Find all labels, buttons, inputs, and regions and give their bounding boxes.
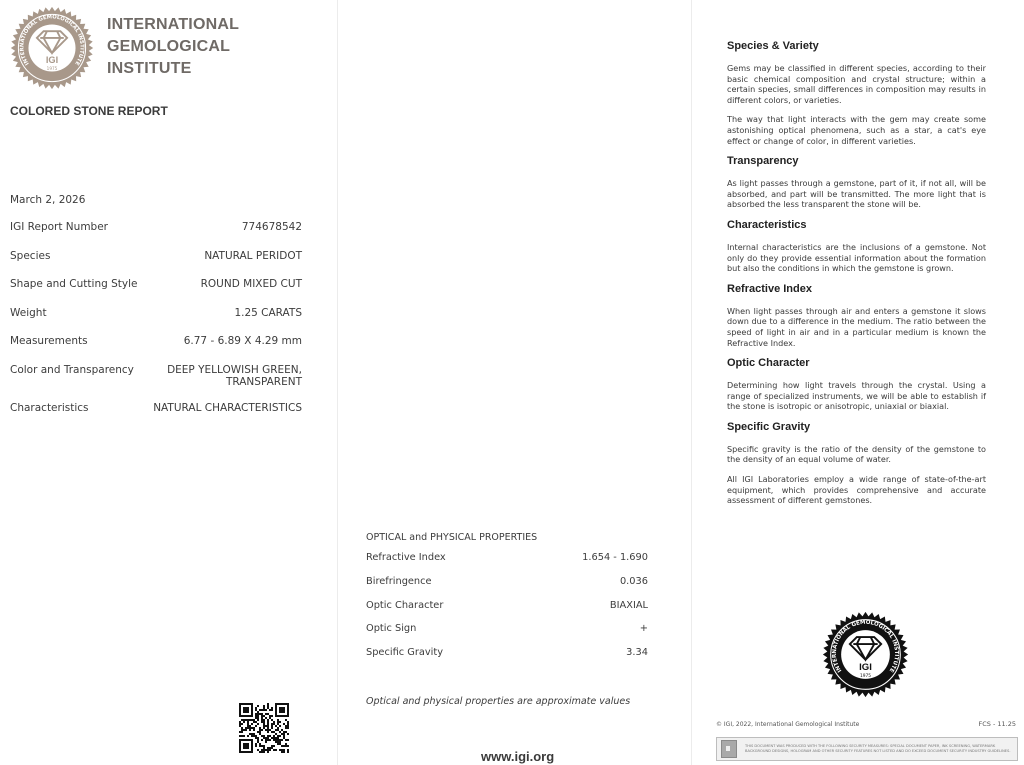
property-row: Refractive Index1.654 - 1.690	[366, 552, 648, 576]
detail-value: NATURAL CHARACTERISTICS	[153, 402, 302, 414]
info-section-title: Characteristics	[727, 219, 986, 231]
qr-code-icon[interactable]	[239, 703, 289, 753]
properties-title: OPTICAL and PHYSICAL PROPERTIES	[366, 532, 648, 543]
detail-value: DEEP YELLOWISH GREEN, TRANSPARENT	[167, 364, 302, 388]
info-section-text: Determining how light travels through th…	[727, 380, 986, 412]
info-section: Optic CharacterDetermining how light tra…	[727, 357, 986, 412]
info-section-text: Specific gravity is the ratio of the den…	[727, 444, 986, 465]
property-label: Birefringence	[366, 576, 432, 600]
property-label: Optic Character	[366, 600, 443, 624]
detail-label: Weight	[10, 307, 47, 319]
detail-value: NATURAL PERIDOT	[204, 250, 302, 262]
property-value: 1.654 - 1.690	[582, 552, 648, 576]
info-section-title: Optic Character	[727, 357, 986, 369]
brand-line-1: INTERNATIONAL	[107, 14, 239, 36]
form-code: FCS - 11.25	[979, 720, 1017, 728]
detail-label: Measurements	[10, 335, 88, 347]
report-details: IGI Report Number774678542SpeciesNATURAL…	[10, 221, 302, 431]
info-section-text: The way that light interacts with the ge…	[727, 114, 986, 146]
brand-name: INTERNATIONAL GEMOLOGICAL INSTITUTE	[107, 14, 239, 80]
detail-label: Color and Transparency	[10, 364, 134, 376]
svg-text:IGI: IGI	[859, 662, 872, 673]
detail-value: ROUND MIXED CUT	[201, 278, 302, 290]
detail-row: SpeciesNATURAL PERIDOT	[10, 250, 302, 279]
svg-text:IGI: IGI	[46, 55, 58, 65]
svg-text:1975: 1975	[860, 673, 871, 679]
detail-row: Measurements6.77 - 6.89 X 4.29 mm	[10, 335, 302, 364]
info-section: CharacteristicsInternal characteristics …	[727, 219, 986, 274]
detail-value: 6.77 - 6.89 X 4.29 mm	[184, 335, 302, 347]
detail-value: 1.25 CARATS	[234, 307, 302, 319]
detail-label: Characteristics	[10, 402, 89, 414]
property-label: Specific Gravity	[366, 647, 443, 671]
detail-row: Color and TransparencyDEEP YELLOWISH GRE…	[10, 364, 302, 402]
property-row: Optic Sign+	[366, 623, 648, 647]
detail-row: Shape and Cutting StyleROUND MIXED CUT	[10, 278, 302, 307]
info-section: Specific GravitySpecific gravity is the …	[727, 421, 986, 506]
info-section: TransparencyAs light passes through a ge…	[727, 155, 986, 210]
report-date: March 2, 2026	[10, 194, 85, 206]
info-section: Species & VarietyGems may be classified …	[727, 40, 986, 146]
property-label: Optic Sign	[366, 623, 416, 647]
detail-value: 774678542	[242, 221, 302, 233]
property-value: 3.34	[626, 647, 648, 671]
property-row: Birefringence0.036	[366, 576, 648, 600]
security-notice: THIS DOCUMENT WAS PRODUCED WITH THE FOLL…	[716, 737, 1018, 761]
optical-physical-properties: OPTICAL and PHYSICAL PROPERTIES Refracti…	[366, 532, 648, 671]
svg-text:1975: 1975	[47, 66, 58, 71]
property-value: +	[640, 623, 648, 647]
detail-label: Species	[10, 250, 50, 262]
info-section-title: Specific Gravity	[727, 421, 986, 433]
info-section-text: Internal characteristics are the inclusi…	[727, 242, 986, 274]
property-value: 0.036	[620, 576, 648, 600]
igi-black-seal-icon: IGI1975INTERNATIONAL GEMOLOGICAL INSTITU…	[822, 611, 909, 698]
website-link[interactable]: www.igi.org	[481, 749, 554, 764]
detail-row: CharacteristicsNATURAL CHARACTERISTICS	[10, 402, 302, 431]
detail-label: IGI Report Number	[10, 221, 108, 233]
detail-label: Shape and Cutting Style	[10, 278, 137, 290]
property-row: Optic CharacterBIAXIAL	[366, 600, 648, 624]
info-section-title: Transparency	[727, 155, 986, 167]
info-sections: Species & VarietyGems may be classified …	[727, 40, 986, 515]
info-section-text: Gems may be classified in different spec…	[727, 63, 986, 105]
property-row: Specific Gravity3.34	[366, 647, 648, 671]
info-section-text: When light passes through air and enters…	[727, 306, 986, 348]
brand-line-3: INSTITUTE	[107, 58, 239, 80]
info-section-title: Species & Variety	[727, 40, 986, 52]
security-text: THIS DOCUMENT WAS PRODUCED WITH THE FOLL…	[745, 744, 1017, 754]
property-value: BIAXIAL	[610, 600, 648, 624]
igi-logo-seal-icon: IGI1975INTERNATIONAL GEMOLOGICAL INSTITU…	[10, 6, 94, 90]
fold-line-right	[691, 0, 692, 765]
info-section-text: All IGI Laboratories employ a wide range…	[727, 474, 986, 506]
copyright: © IGI, 2022, International Gemological I…	[716, 721, 859, 728]
info-section: Refractive IndexWhen light passes throug…	[727, 283, 986, 348]
brand-line-2: GEMOLOGICAL	[107, 36, 239, 58]
info-section-title: Refractive Index	[727, 283, 986, 295]
property-label: Refractive Index	[366, 552, 446, 576]
fold-line-left	[337, 0, 338, 765]
document-lock-icon	[721, 740, 737, 758]
detail-row: IGI Report Number774678542	[10, 221, 302, 250]
detail-row: Weight1.25 CARATS	[10, 307, 302, 336]
report-type-title: COLORED STONE REPORT	[10, 104, 168, 118]
info-section-text: As light passes through a gemstone, part…	[727, 178, 986, 210]
properties-note: Optical and physical properties are appr…	[366, 696, 630, 707]
